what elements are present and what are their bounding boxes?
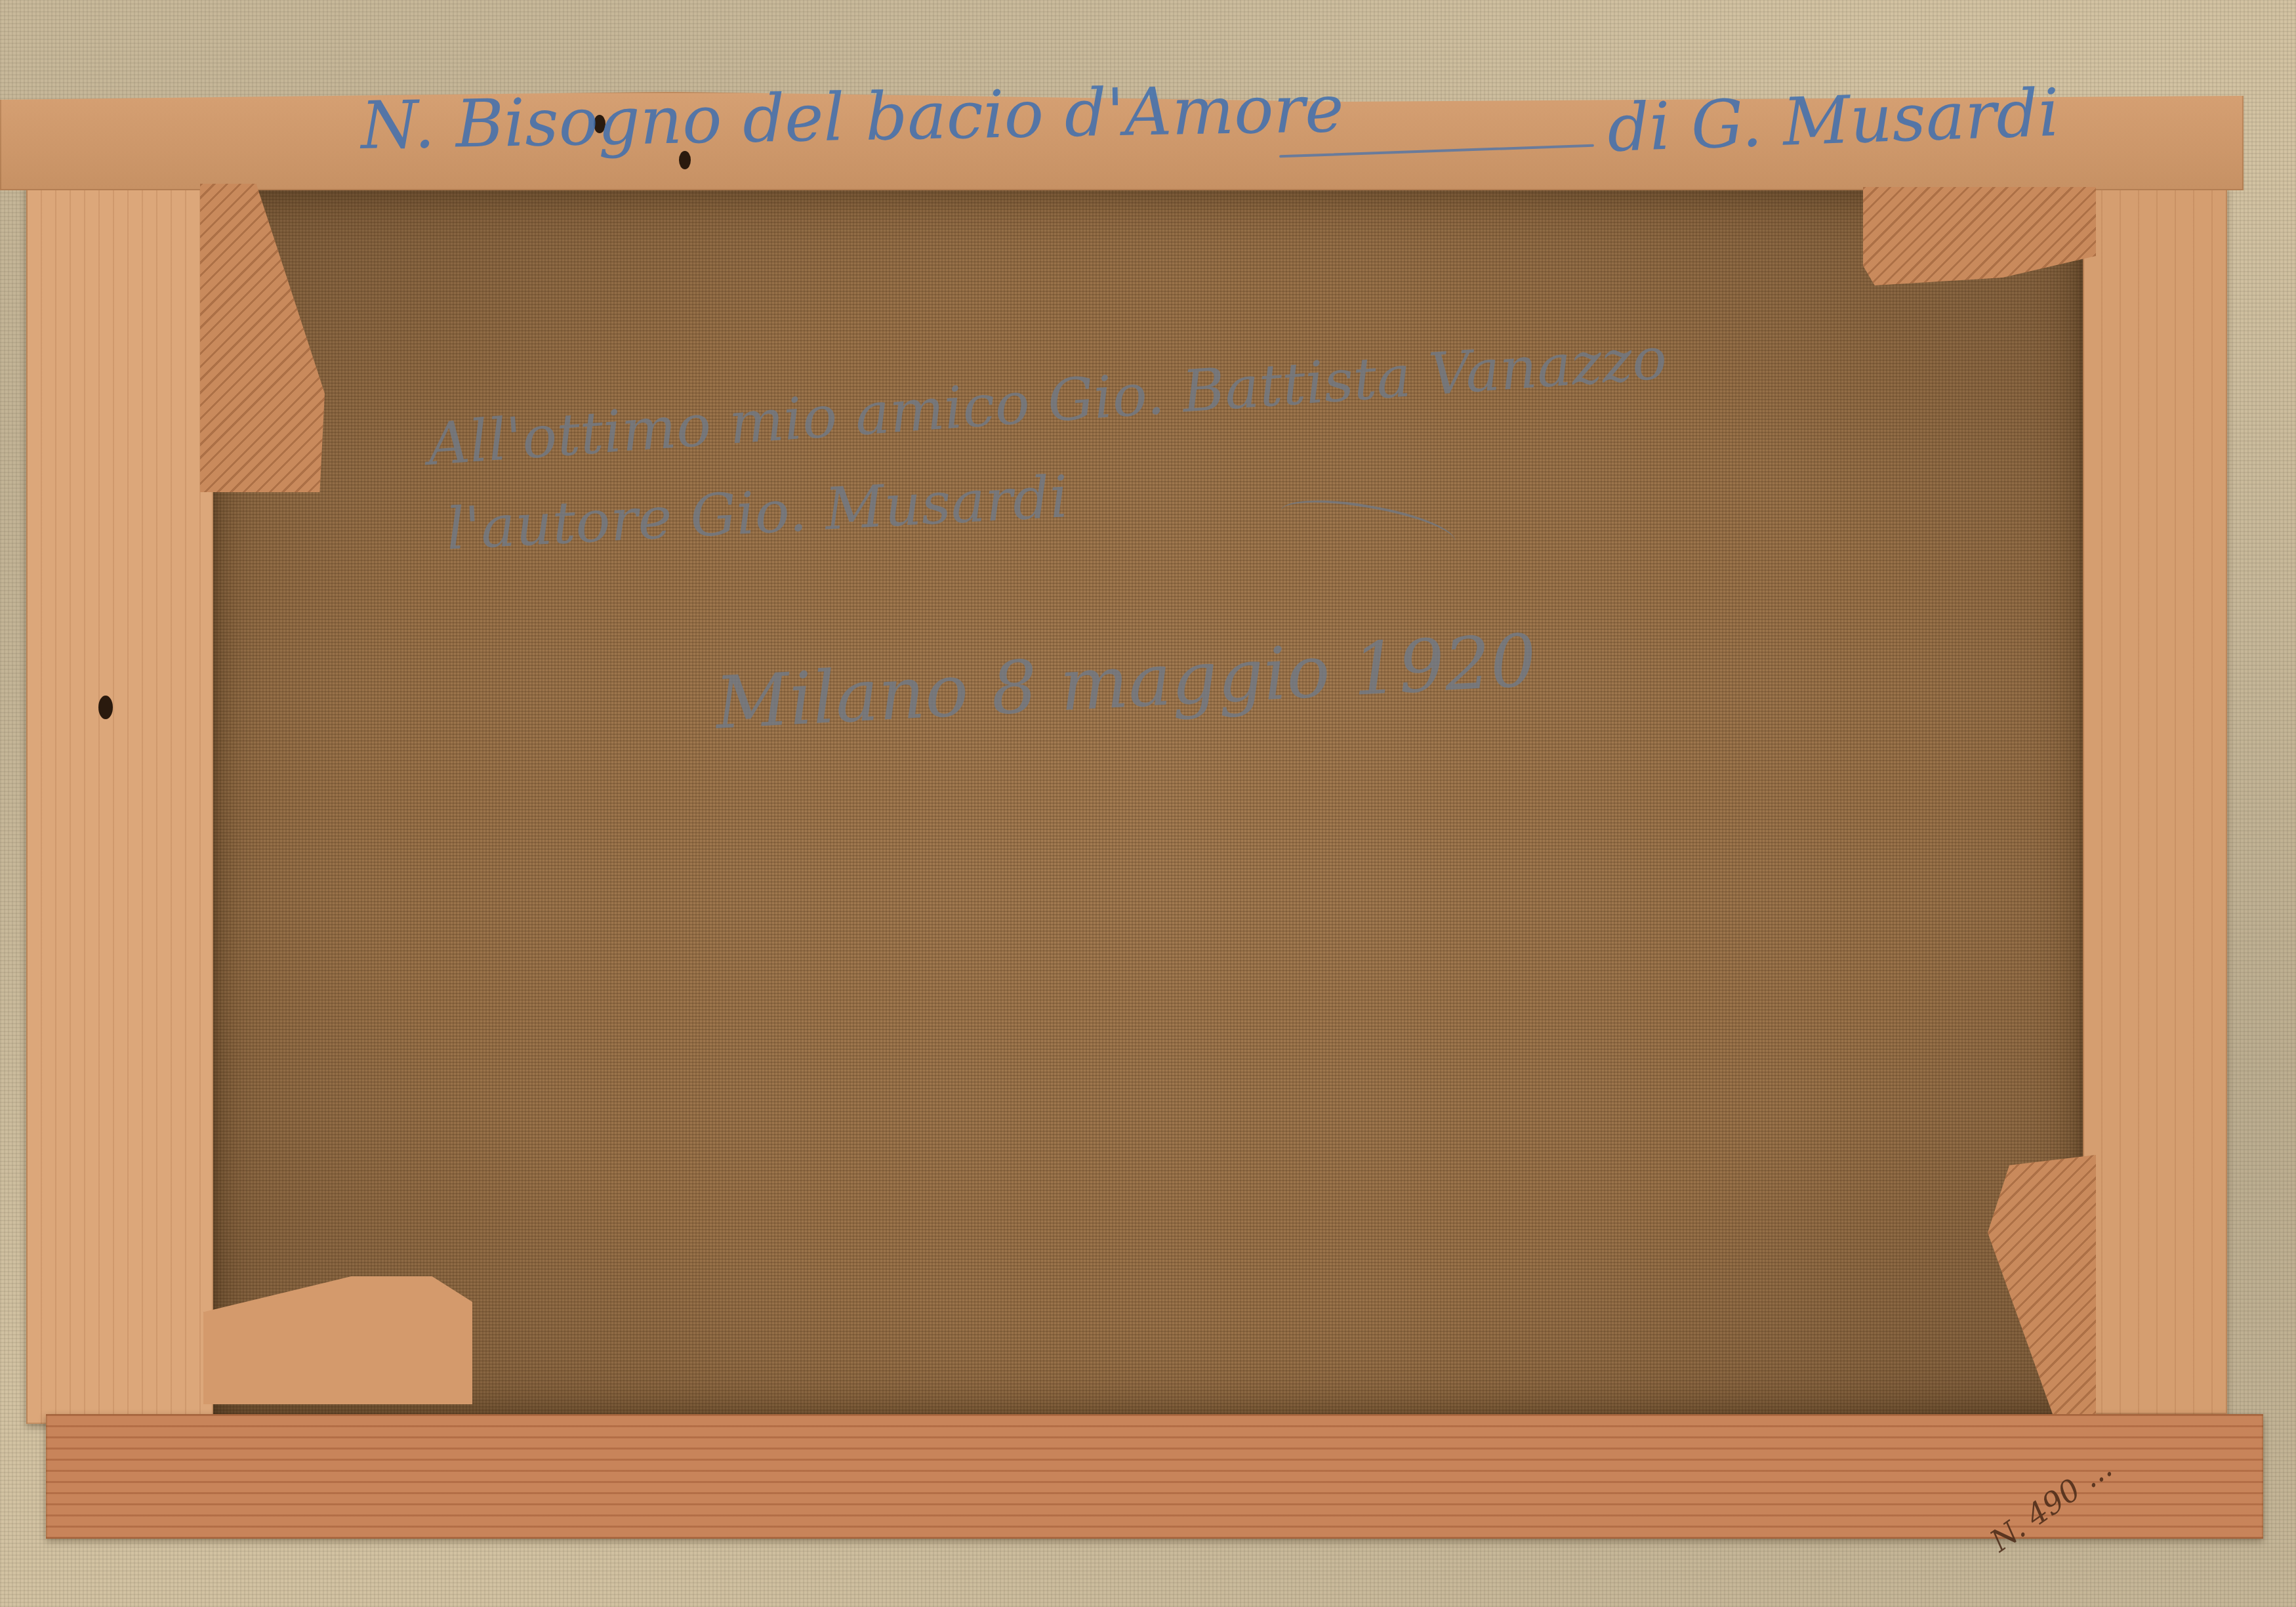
- stretcher-bar-bottom: [46, 1414, 2263, 1539]
- canvas-reverse: N. Bisogno del bacio d'Amore di G. Musar…: [0, 0, 2296, 1607]
- stretcher-bar-right: [2083, 187, 2227, 1414]
- stretcher-bar-left: [26, 180, 213, 1424]
- author-inscription: di G. Musardi: [1606, 74, 2060, 167]
- wood-knot-hole: [98, 696, 113, 719]
